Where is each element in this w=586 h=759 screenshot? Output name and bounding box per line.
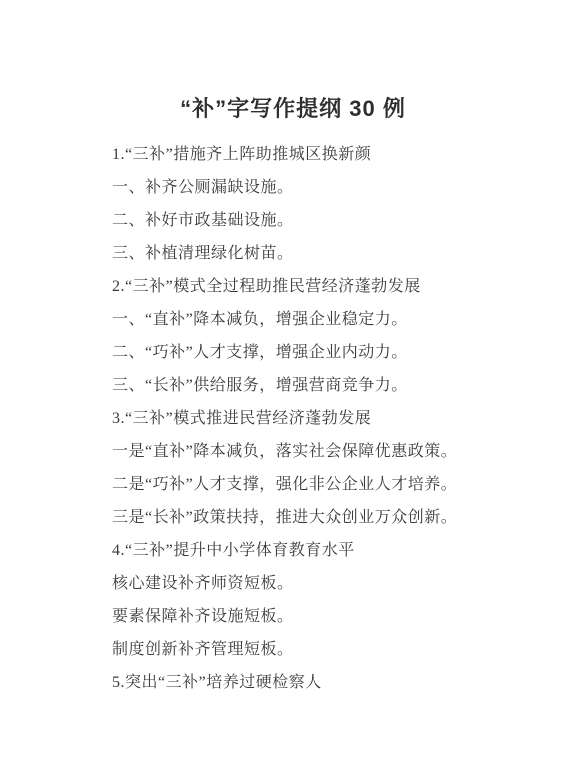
document-page: “补”字写作提纲 30 例 1.“三补”措施齐上阵助推城区换新颜一、补齐公厕漏缺…	[0, 0, 586, 759]
text-line: 要素保障补齐设施短板。	[112, 600, 496, 633]
text-line: 2.“三补”模式全过程助推民营经济蓬勃发展	[112, 270, 496, 303]
text-line: 3.“三补”模式推进民营经济蓬勃发展	[112, 402, 496, 435]
text-line: 1.“三补”措施齐上阵助推城区换新颜	[112, 138, 496, 171]
text-line: 二、补好市政基础设施。	[112, 204, 496, 237]
text-line: 一是“直补”降本减负，落实社会保障优惠政策。	[112, 435, 496, 468]
text-line: 三是“长补”政策扶持，推进大众创业万众创新。	[112, 501, 496, 534]
text-line: 核心建设补齐师资短板。	[112, 567, 496, 600]
text-line: 制度创新补齐管理短板。	[112, 633, 496, 666]
text-line: 5.突出“三补”培养过硬检察人	[112, 666, 496, 699]
text-line: 一、“直补”降本减负，增强企业稳定力。	[112, 303, 496, 336]
text-line: 二是“巧补”人才支撑，强化非公企业人才培养。	[112, 468, 496, 501]
text-line: 一、补齐公厕漏缺设施。	[112, 171, 496, 204]
text-line: 二、“巧补”人才支撑，增强企业内动力。	[112, 336, 496, 369]
text-line: 三、“长补”供给服务，增强营商竞争力。	[112, 369, 496, 402]
page-title: “补”字写作提纲 30 例	[0, 0, 586, 123]
text-line: 4.“三补”提升中小学体育教育水平	[112, 534, 496, 567]
text-line: 三、补植清理绿化树苗。	[112, 237, 496, 270]
document-lines: 1.“三补”措施齐上阵助推城区换新颜一、补齐公厕漏缺设施。二、补好市政基础设施。…	[0, 138, 586, 699]
